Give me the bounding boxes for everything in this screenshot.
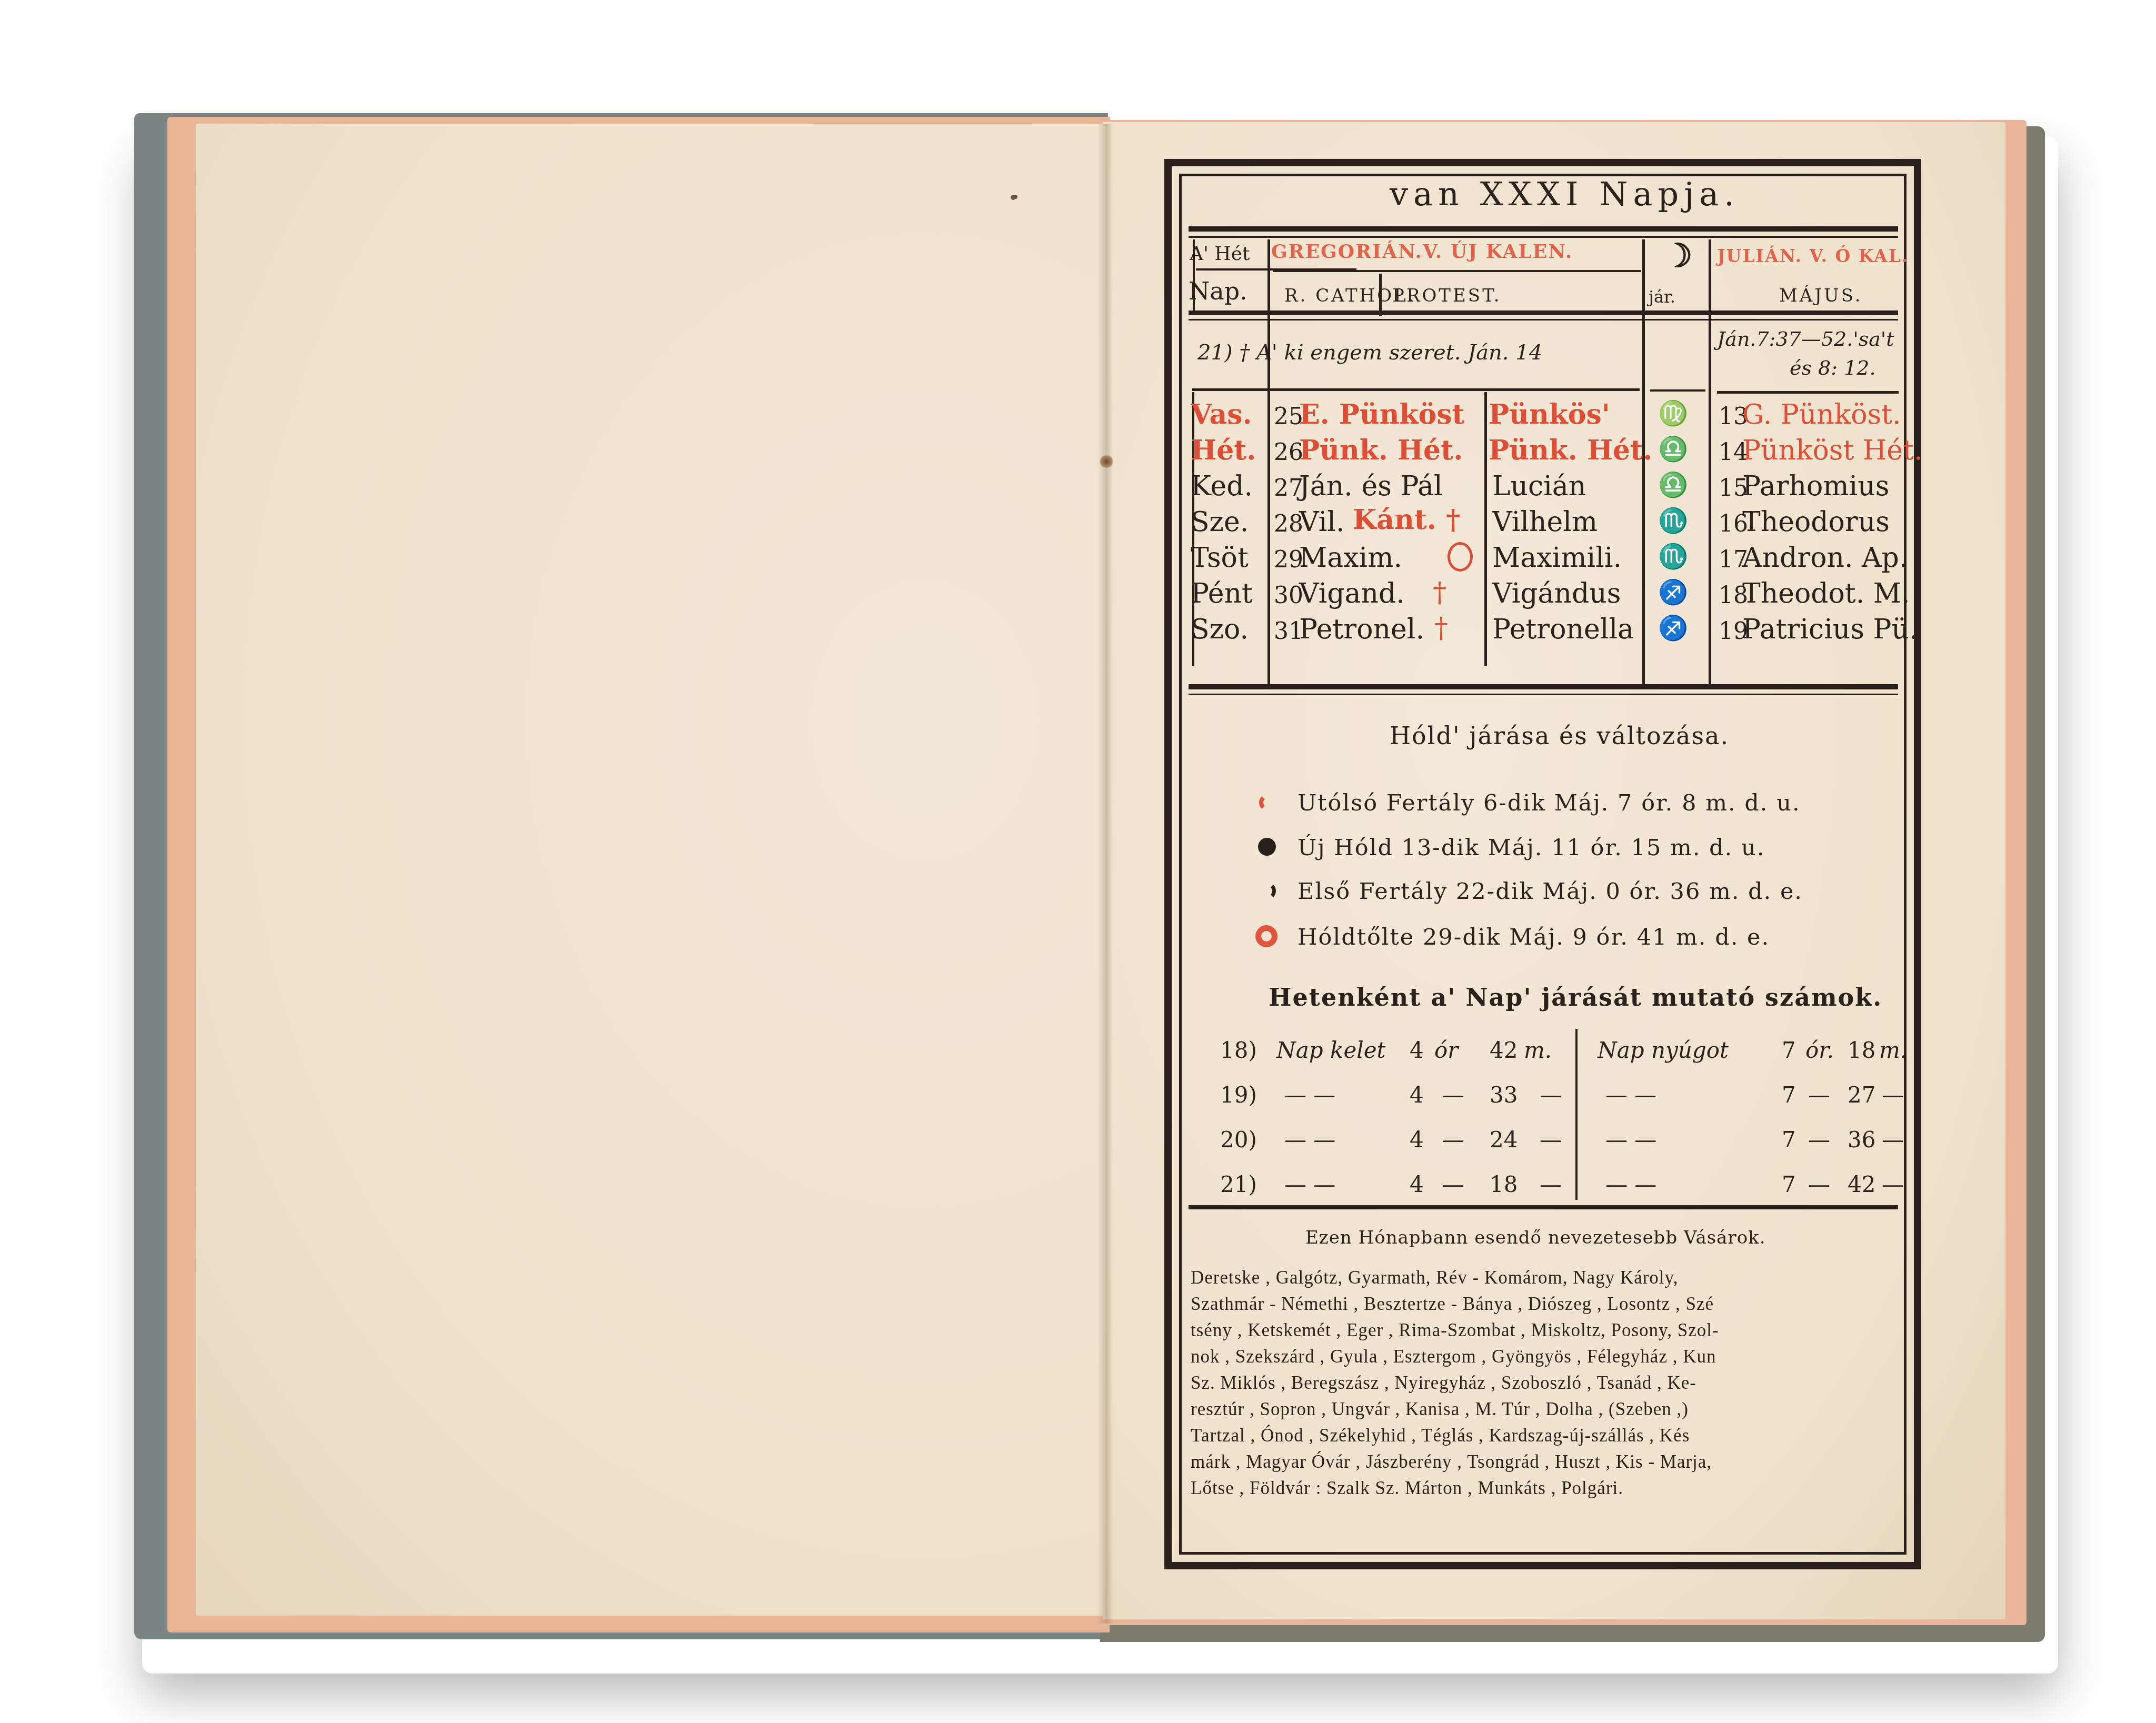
- ditto-marks: — —: [1284, 1129, 1335, 1151]
- header-rule-top-thin: [1189, 236, 1898, 238]
- catholic-saint: Maxim.: [1299, 544, 1402, 572]
- ember-day-mark: Kánt. †: [1353, 506, 1460, 534]
- col-divider-protestant: [1484, 392, 1487, 666]
- catholic-saint: E. Pünköst: [1299, 401, 1465, 428]
- gospel-reading-julian-line2: és 8: 12.: [1790, 358, 1876, 378]
- fairs-line: Deretske , Galgótz, Gyarmath, Rév - Komá…: [1191, 1268, 1679, 1287]
- left-page-blank: [196, 124, 1106, 1616]
- hour-unit: ór.: [1805, 1039, 1834, 1061]
- ditto-mark: —: [1540, 1174, 1562, 1196]
- book-gutter: [1097, 124, 1113, 1624]
- header-day-label: Nap.: [1189, 279, 1247, 303]
- fast-day-cross-icon: †: [1433, 579, 1446, 606]
- header-rule-bottom: [1189, 310, 1898, 315]
- days-rule-left: [1192, 388, 1640, 391]
- fairs-heading: Ezen Hónapbann esendő nevezetesebb Vásár…: [1305, 1229, 1766, 1247]
- header-week-label: A' Hét: [1190, 245, 1250, 264]
- scorpio-icon: ♏: [1658, 544, 1688, 568]
- ditto-mark: —: [1442, 1084, 1464, 1106]
- julian-saint: G. Pünköst.: [1742, 401, 1901, 428]
- virgo-icon: ♍: [1658, 401, 1688, 425]
- ditto-mark: —: [1882, 1084, 1904, 1106]
- weekday-cell: Szo.: [1191, 616, 1249, 643]
- days-rule-right: [1717, 391, 1899, 394]
- hour-unit: ór: [1434, 1039, 1458, 1061]
- col-divider-weekday: [1267, 239, 1270, 687]
- sunrise-hour: 4: [1410, 1039, 1424, 1061]
- ditto-marks: — —: [1284, 1084, 1335, 1106]
- fairs-line: resztúr , Sopron , Ungvár , Kanisa , M. …: [1191, 1400, 1689, 1418]
- minute-unit: m.: [1524, 1039, 1552, 1061]
- gospel-reading-julian-line1: Ján.7:37—52.'sa't: [1717, 329, 1894, 349]
- moon-column-header: jár.: [1649, 288, 1675, 305]
- header-rule-bottom-thin: [1189, 319, 1898, 320]
- julian-month-label: MÁJUS.: [1779, 287, 1863, 305]
- weekday-cell: Pént: [1191, 580, 1253, 607]
- days-bottom-rule-thin: [1189, 694, 1898, 695]
- ditto-mark: —: [1540, 1129, 1562, 1151]
- julian-saint: Pünköst Hét.: [1742, 437, 1922, 464]
- ditto-mark: —: [1442, 1129, 1464, 1151]
- ditto-marks: — —: [1284, 1174, 1335, 1196]
- moon-phase-line: Új Hóld 13-dik Máj. 11 ór. 15 m. d. u.: [1297, 837, 1765, 859]
- weekday-cell: Sze.: [1191, 508, 1249, 536]
- page-title: van XXXI Napja.: [1390, 178, 1740, 211]
- fairs-line: Tartzal , Ónod , Székelyhid , Téglás , K…: [1191, 1426, 1690, 1445]
- week-number: 19): [1220, 1084, 1257, 1106]
- libra-icon: ♎: [1658, 437, 1688, 461]
- sunset-minute: 27: [1848, 1084, 1875, 1106]
- julian-saint: Andron. Ap.: [1742, 544, 1908, 572]
- weekday-cell: Ked.: [1191, 473, 1253, 500]
- julian-calendar-title: JULIÁN. V. Ó KAL.: [1717, 247, 1909, 265]
- gregorian-calendar-title: GREGORIÁN.V. ÚJ KALEN.: [1271, 242, 1573, 261]
- fast-day-cross-icon: †: [1434, 615, 1448, 642]
- week-number: 18): [1220, 1039, 1257, 1061]
- ditto-mark: —: [1808, 1084, 1830, 1106]
- protestant-saint: Lucián: [1492, 473, 1586, 500]
- sunset-minute: 18: [1848, 1039, 1875, 1061]
- moon-icon: ☽: [1663, 239, 1693, 272]
- sunrise-minute: 24: [1490, 1129, 1518, 1151]
- catholic-saint: Ján. és Pál: [1299, 473, 1443, 500]
- moon-phases-heading: Hóld' járása és változása.: [1390, 724, 1729, 748]
- ditto-marks: — —: [1605, 1174, 1656, 1196]
- moon-phase-line: Első Fertály 22-dik Máj. 0 ór. 36 m. d. …: [1297, 880, 1803, 903]
- sun-table-divider: [1575, 1029, 1578, 1200]
- sun-table-bottom-rule: [1189, 1205, 1898, 1209]
- sunset-hour: 7: [1782, 1084, 1796, 1106]
- weekday-cell: Tsöt: [1191, 544, 1249, 572]
- fairs-line: nok , Szekszárd , Gyula , Esztergom , Gy…: [1191, 1347, 1716, 1366]
- ditto-marks: — —: [1605, 1129, 1656, 1151]
- protestant-saint: Vigándus: [1492, 580, 1621, 607]
- fairs-line: tsény , Ketskemét , Eger , Rima-Szombat …: [1191, 1321, 1719, 1339]
- moon-phase-line: Hóldtőlte 29-dik Máj. 9 ór. 41 m. d. e.: [1297, 926, 1770, 949]
- gospel-reading-gregorian: 21) † A' ki engem szeret. Ján. 14: [1197, 342, 1542, 363]
- protestant-saint: Pünk. Hét.: [1489, 437, 1652, 464]
- col-divider-julian: [1709, 239, 1711, 687]
- sunset-minute: 36: [1848, 1129, 1875, 1151]
- libra-icon: ♎: [1658, 473, 1688, 497]
- weekday-cell: Hét.: [1191, 437, 1256, 464]
- sunrise-hour: 4: [1410, 1084, 1424, 1106]
- new-moon-icon: [1258, 838, 1276, 856]
- ditto-mark: —: [1808, 1174, 1830, 1196]
- ditto-mark: —: [1882, 1174, 1904, 1196]
- days-rule-moon: [1650, 389, 1705, 392]
- gregorian-sub-rule: [1273, 270, 1641, 272]
- paper-speck: [1013, 195, 1017, 199]
- protestant-saint: Pünkös': [1489, 401, 1610, 428]
- weekday-cell: Vas.: [1191, 401, 1252, 428]
- fairs-line: Lőtse , Földvár : Szalk Sz. Márton , Mun…: [1191, 1479, 1623, 1497]
- catholic-saint: Vigand.: [1299, 580, 1405, 607]
- julian-saint: Theodorus: [1742, 508, 1890, 536]
- sagittarius-icon: ♐: [1658, 580, 1688, 604]
- week-number: 21): [1220, 1174, 1257, 1196]
- julian-saint: Theodot. M.: [1742, 580, 1910, 607]
- sunrise-minute: 42: [1490, 1039, 1518, 1061]
- sunset-minute: 42: [1848, 1174, 1875, 1196]
- week-number: 20): [1220, 1129, 1257, 1151]
- sun-table-heading: Hetenként a' Nap' járását mutató számok.: [1269, 985, 1882, 1009]
- sunrise-hour: 4: [1410, 1174, 1424, 1196]
- catholic-saint: Petronel.: [1299, 616, 1424, 643]
- header-rule-top: [1189, 226, 1898, 232]
- catholic-saint: Vil.: [1299, 508, 1344, 536]
- minute-unit: m.: [1879, 1039, 1907, 1061]
- spine-stitch-hole: [1099, 455, 1114, 468]
- protestant-column-header: PROTEST.: [1392, 287, 1502, 305]
- ditto-mark: —: [1808, 1129, 1830, 1151]
- sunset-hour: 7: [1782, 1129, 1796, 1151]
- fairs-line: Szathmár - Némethi , Besztertze - Bánya …: [1191, 1295, 1714, 1313]
- fairs-line: márk , Magyar Óvár , Jászberény , Tsongr…: [1191, 1452, 1712, 1471]
- ditto-mark: —: [1442, 1174, 1464, 1196]
- first-quarter-moon-icon: [1258, 882, 1276, 900]
- sunrise-hour: 4: [1410, 1129, 1424, 1151]
- protestant-saint: Petronella: [1492, 616, 1634, 643]
- ditto-marks: — —: [1605, 1084, 1656, 1106]
- days-bottom-rule: [1189, 684, 1898, 689]
- scorpio-icon: ♏: [1658, 508, 1688, 533]
- catholic-saint: Pünk. Hét.: [1299, 437, 1463, 464]
- sunrise-label: Nap kelet: [1276, 1039, 1386, 1061]
- last-quarter-moon-icon: [1259, 794, 1277, 812]
- full-moon-icon: [1255, 925, 1277, 947]
- ditto-mark: —: [1882, 1129, 1904, 1151]
- sunset-hour: 7: [1782, 1039, 1796, 1061]
- julian-saint: Patricius Pü.: [1742, 616, 1918, 643]
- sunset-label: Nap nyúgot: [1598, 1039, 1729, 1061]
- protestant-saint: Vilhelm: [1492, 508, 1598, 536]
- moon-phase-line: Utólsó Fertály 6-dik Máj. 7 ór. 8 m. d. …: [1297, 792, 1801, 815]
- julian-saint: Parhomius: [1742, 473, 1889, 500]
- sagittarius-icon: ♐: [1658, 616, 1688, 640]
- ditto-mark: —: [1540, 1084, 1562, 1106]
- sunrise-minute: 33: [1490, 1084, 1518, 1106]
- sunset-hour: 7: [1782, 1174, 1796, 1196]
- fairs-line: Sz. Miklós , Beregszász , Nyiregyház , S…: [1191, 1374, 1696, 1392]
- full-moon-icon: [1448, 542, 1473, 572]
- sunrise-minute: 18: [1490, 1174, 1518, 1196]
- protestant-saint: Maximili.: [1492, 544, 1622, 572]
